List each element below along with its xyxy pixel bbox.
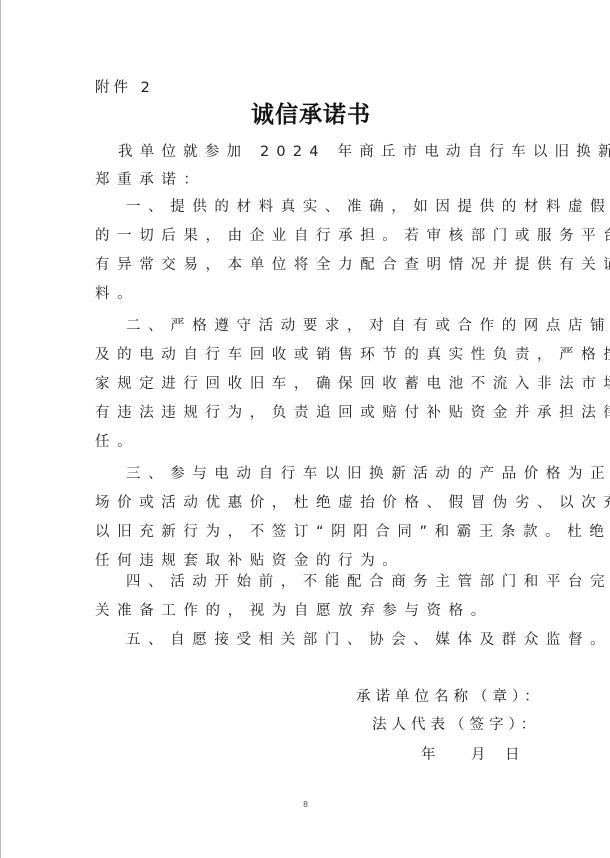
clause-line: 三、参与电动自行车以旧换新活动的产品价格为正常市 [126, 464, 610, 484]
clause-line: 任何违规套取补贴资金的行为。 [95, 551, 404, 571]
page-number: 8 [303, 800, 308, 810]
intro-line: 郑重承诺： [95, 170, 206, 190]
date-month: 月 [471, 745, 491, 765]
date-day: 日 [505, 745, 525, 765]
clause-line: 四、活动开始前，不能配合商务主管部门和平台完成相 [126, 572, 610, 592]
clause-line: 及的电动自行车回收或销售环节的真实性负责，严格按照国 [95, 345, 610, 365]
clause-line: 有异常交易，本单位将全力配合查明情况并提供有关证据材 [95, 255, 610, 275]
intro-line: 我单位就参加 2024 年商丘市电动自行车以旧换新活动， [118, 142, 610, 162]
date-year: 年 [421, 745, 441, 765]
clause-line: 二、严格遵守活动要求，对自有或合作的网点店铺，涉 [126, 316, 610, 336]
clause-line: 料。 [95, 284, 139, 304]
clause-line: 任。 [95, 432, 139, 452]
clause-line: 关准备工作的，视为自愿放弃参与资格。 [95, 601, 493, 621]
unit-name-label: 承诺单位名称（章）： [356, 687, 544, 707]
clause-line: 的一切后果，由企业自行承担。若审核部门或服务平台发现 [95, 226, 610, 246]
attachment-label: 附件 2 [95, 78, 154, 98]
clause-line: 五、自愿接受相关部门、协会、媒体及群众监督。 [126, 630, 610, 650]
document-title: 诚信承诺书 [0, 100, 610, 130]
clause-line: 场价或活动优惠价，杜绝虚抬价格、假冒伪劣、以次充好、 [95, 493, 610, 513]
clause-line: 有违法违规行为，负责追回或赔付补贴资金并承担法律责 [95, 403, 610, 423]
clause-line: 以旧充新行为，不签订“阴阳合同”和霸王条款。杜绝发生 [95, 522, 610, 542]
legal-rep-label: 法人代表（签字）： [372, 715, 540, 735]
clause-line: 一、提供的材料真实、准确，如因提供的材料虚假导致 [126, 197, 610, 217]
clause-line: 家规定进行回收旧车，确保回收蓄电池不流入非法市场，如 [95, 374, 610, 394]
